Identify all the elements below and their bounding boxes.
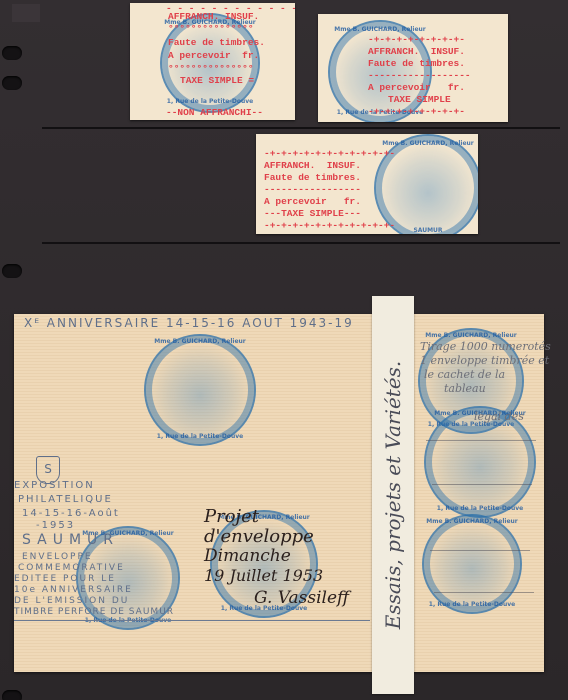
label-line: Faute de timbres. <box>368 58 508 69</box>
text-line: 10e ANNIVERSAIRE <box>14 585 133 595</box>
stock-strip-line <box>42 127 560 129</box>
label-line: --NON AFFRANCHI-- <box>166 107 295 118</box>
text-line: TIMBRE PERFORE DE SAUMUR <box>14 607 174 617</box>
binder-hole <box>2 264 22 278</box>
strike-line <box>426 440 536 441</box>
postage-due-label-2: Mme B. GUICHARD, Relieur 1, Rue de la Pe… <box>318 14 508 122</box>
label-line: A percevoir fr. <box>264 196 478 207</box>
ink-note-line: Projet <box>204 506 259 527</box>
signature: G. Vassileff <box>254 588 349 608</box>
stamp-bottom-text: 1, Rue de la Petite-Douve <box>424 601 520 608</box>
strike-line <box>432 484 532 485</box>
stamp-top-text: Mme B. GUICHARD, Relieur <box>420 332 522 339</box>
text-line: ENVELOPPE <box>22 552 93 562</box>
stamp-bottom-text: 1, Rue de la Petite-Douve <box>426 505 534 512</box>
label-line: -+-+-+-+-+-+-+-+-+-+-+- <box>264 220 478 231</box>
binder-hole <box>2 76 22 90</box>
label-line: AFFRANCH. INSUF. <box>168 11 295 22</box>
text-line: EDITEE POUR LE <box>14 574 116 584</box>
binder-hole <box>2 46 22 60</box>
label-line: AFFRANCH. INSUF. <box>368 46 508 57</box>
text-line: DE L'EMISSION DU <box>14 596 129 606</box>
saumur-crest-icon: S <box>36 456 60 484</box>
stamp-bottom-text: 1, Rue de la Petite-Douve <box>162 96 258 107</box>
postage-due-label-3: Mme B. GUICHARD, Relieur SAUMUR -+-+-+-+… <box>256 134 478 234</box>
album-page: Mme B. GUICHARD, Relieur 1, Rue de la Pe… <box>0 0 568 700</box>
label-line: AFFRANCH. INSUF. <box>264 160 478 171</box>
label-line: ------------------ <box>368 70 508 81</box>
ink-note-line: d'enveloppe <box>204 526 314 547</box>
pencil-note-line: légal des <box>474 410 524 423</box>
pencil-note-line: le cachet de la <box>424 368 505 381</box>
label-line: ----------------- <box>264 184 478 195</box>
label-line: A percevoir fr. <box>168 50 295 61</box>
stamp-top-text: Mme B. GUICHARD, Relieur <box>424 518 520 525</box>
label-line: °°°°°°°°°°°°°°° <box>168 23 295 34</box>
pencil-note-line: Tirage 1000 numerotés <box>420 340 551 353</box>
pencil-note-line: 1 enveloppe timbrée et <box>420 354 549 367</box>
stamp-top-text: Mme B. GUICHARD, Relieur <box>146 338 254 345</box>
cancel-stamp: Mme B. GUICHARD, Relieur 1, Rue de la Pe… <box>144 334 256 446</box>
text-line: PHILATELIQUE <box>18 494 113 505</box>
anniversary-heading: Xᴱ ANNIVERSAIRE 14-15-16 AOUT 1943-19 <box>24 316 354 330</box>
annotation-strip: Essais, projets et Variétés. <box>372 296 414 694</box>
binder-hole <box>2 690 22 700</box>
envelope-project-card: Xᴱ ANNIVERSAIRE 14-15-16 AOUT 1943-19 Mm… <box>14 314 544 672</box>
label-line: -+-+-+-+-+-+-+-+-+-+-+- <box>264 148 478 159</box>
cancel-stamp: Mme B. GUICHARD, Relieur 1, Rue de la Pe… <box>422 514 522 614</box>
text-line: -1953 <box>36 520 75 531</box>
strike-line <box>430 550 530 551</box>
stamp-bottom-text: 1, Rue de la Petite-Douve <box>146 433 254 440</box>
label-line: Faute de timbres. <box>168 37 295 48</box>
label-line: TAXE SIMPLE = <box>180 75 295 86</box>
divider-line <box>14 620 370 621</box>
label-line: -+-+-+-+-+-+-+-+- <box>368 106 508 117</box>
label-line: ---TAXE SIMPLE--- <box>264 208 478 219</box>
annotation-text: Essais, projets et Variétés. <box>381 361 405 630</box>
label-line: TAXE SIMPLE <box>388 94 508 105</box>
corner-mark <box>12 4 40 22</box>
text-line: 14-15-16-Août <box>22 508 120 519</box>
postage-due-label-1: Mme B. GUICHARD, Relieur 1, Rue de la Pe… <box>130 3 295 120</box>
strike-line <box>434 592 534 593</box>
pencil-note-line: tableau <box>444 382 486 395</box>
text-line: SAUMUR <box>22 532 119 548</box>
ink-note-line: Dimanche <box>204 546 291 566</box>
label-line: -+-+-+-+-+-+-+-+- <box>368 34 508 45</box>
label-line: A percevoir fr. <box>368 82 508 93</box>
label-line: °°°°°°°°°°°°°°° <box>168 63 295 74</box>
text-line: COMMEMORATIVE <box>18 563 125 573</box>
stock-strip-line <box>42 242 560 244</box>
ink-note-line: 19 Juillet 1953 <box>204 566 323 585</box>
label-line: Faute de timbres. <box>264 172 478 183</box>
